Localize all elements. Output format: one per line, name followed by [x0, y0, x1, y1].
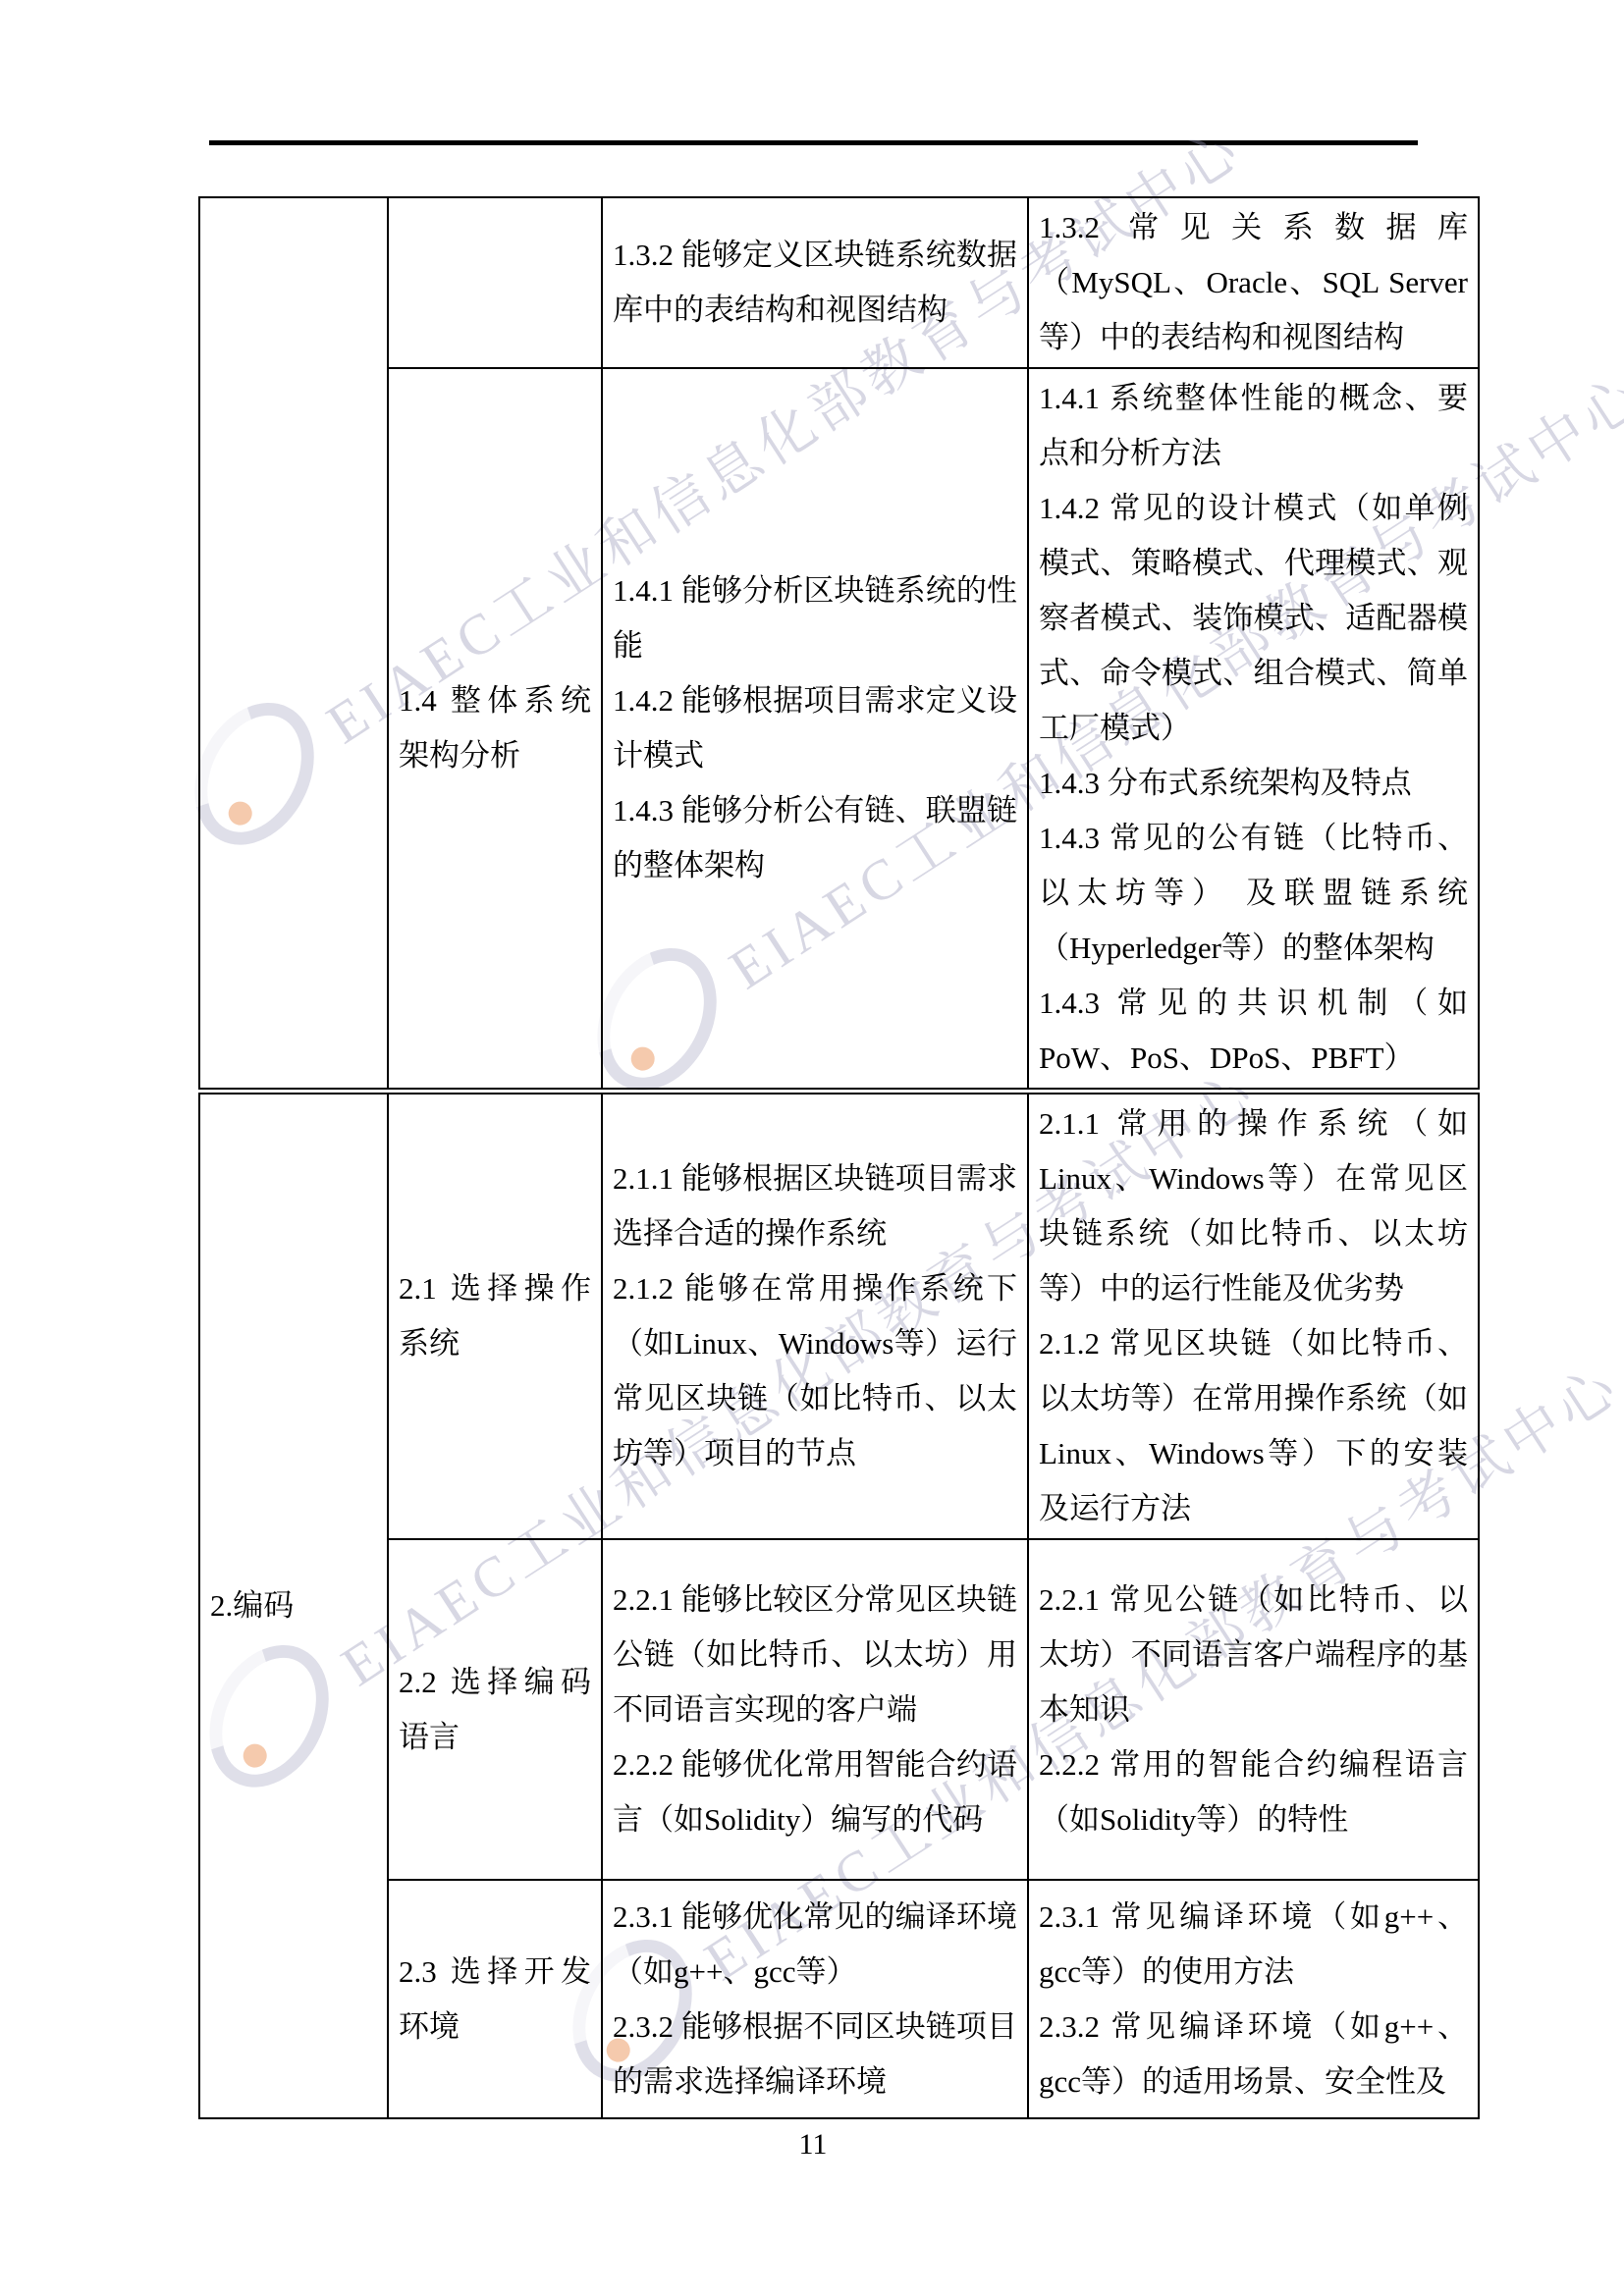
- table-row: 2.2 选择编码语言 2.2.1 能够比较区分常见区块链公链（如比特币、以太坊）…: [199, 1539, 1479, 1880]
- knowledge-requirements-cell: 1.4.1 系统整体性能的概念、要点和分析方法1.4.2 常见的设计模式（如单例…: [1028, 368, 1479, 1089]
- table-row: 1.3.2 能够定义区块链系统数据库中的表结构和视图结构 1.3.2 常见关系数…: [199, 197, 1479, 368]
- document-page: EIAEC工业和信息化部教育与考试中心 EIAEC工业和信息化部教育与考试中心 …: [0, 0, 1624, 2296]
- skill-requirements-cell: 2.2.1 能够比较区分常见区块链公链（如比特币、以太坊）用不同语言实现的客户端…: [602, 1539, 1028, 1880]
- knowledge-requirements-cell: 1.3.2 常见关系数据库（MySQL、Oracle、SQL Server等）中…: [1028, 197, 1479, 368]
- cell-text-item: 2.3.1 能够优化常见的编译环境（如g++、gcc等）: [613, 1890, 1017, 2000]
- cell-text-item: 2.3.2 常见编译环境（如g++、gcc等）的适用场景、安全性及: [1039, 2000, 1468, 2109]
- cell-text-item: 1.4.1 能够分析区块链系统的性能: [613, 563, 1017, 673]
- category-cell: [199, 197, 388, 1089]
- cell-text-item: 1.4.3 常见的公有链（比特币、以太坊等） 及联盟链系统（Hyperledge…: [1039, 811, 1468, 976]
- skill-requirements-cell: 1.3.2 能够定义区块链系统数据库中的表结构和视图结构: [602, 197, 1028, 368]
- cell-text-item: 2.2.1 能够比较区分常见区块链公链（如比特币、以太坊）用不同语言实现的客户端: [613, 1573, 1017, 1737]
- cell-text-item: 1.3.2 常见关系数据库（MySQL、Oracle、SQL Server等）中…: [1039, 200, 1468, 365]
- cell-text-item: 2.1.1 常用的操作系统（如Linux、Windows等）在常见区块链系统（如…: [1039, 1096, 1468, 1316]
- header-rule: [209, 140, 1418, 145]
- cell-text-item: 1.4.2 常见的设计模式（如单例模式、策略模式、代理模式、观察者模式、装饰模式…: [1039, 481, 1468, 756]
- sub-category-cell: [388, 197, 602, 368]
- cell-text-item: 1.4.1 系统整体性能的概念、要点和分析方法: [1039, 371, 1468, 481]
- cell-text-item: 2.1.2 常见区块链（如比特币、以太坊等）在常用操作系统（如Linux、Win…: [1039, 1316, 1468, 1536]
- sub-category-cell: 2.2 选择编码语言: [388, 1539, 602, 1880]
- knowledge-requirements-cell: 2.3.1 常见编译环境（如g++、gcc等）的使用方法2.3.2 常见编译环境…: [1028, 1880, 1479, 2118]
- knowledge-requirements-cell: 2.2.1 常见公链（如比特币、以太坊）不同语言客户端程序的基本知识2.2.2 …: [1028, 1539, 1479, 1880]
- cell-text-item: 2.3.1 常见编译环境（如g++、gcc等）的使用方法: [1039, 1890, 1468, 2000]
- cell-text-item: 2.2.2 常用的智能合约编程语言（如Solidity等）的特性: [1039, 1737, 1468, 1847]
- table-row: 2.编码 2.1 选择操作系统 2.1.1 能够根据区块链项目需求选择合适的操作…: [199, 1094, 1479, 1539]
- skill-requirements-cell: 2.3.1 能够优化常见的编译环境（如g++、gcc等）2.3.2 能够根据不同…: [602, 1880, 1028, 2118]
- cell-text-item: 1.4.3 分布式系统架构及特点: [1039, 756, 1468, 811]
- cell-text-item: 1.4.2 能够根据项目需求定义设计模式: [613, 673, 1017, 783]
- syllabus-table-section-2: 2.编码 2.1 选择操作系统 2.1.1 能够根据区块链项目需求选择合适的操作…: [198, 1093, 1480, 2119]
- table-row: 2.3 选择开发环境 2.3.1 能够优化常见的编译环境（如g++、gcc等）2…: [199, 1880, 1479, 2118]
- cell-text-item: 2.1.2 能够在常用操作系统下（如Linux、Windows等）运行常见区块链…: [613, 1261, 1017, 1481]
- page-number: 11: [776, 2128, 850, 2162]
- skill-requirements-cell: 1.4.1 能够分析区块链系统的性能1.4.2 能够根据项目需求定义设计模式1.…: [602, 368, 1028, 1089]
- sub-category-cell: 2.3 选择开发环境: [388, 1880, 602, 2118]
- category-cell: 2.编码: [199, 1094, 388, 2118]
- knowledge-requirements-cell: 2.1.1 常用的操作系统（如Linux、Windows等）在常见区块链系统（如…: [1028, 1094, 1479, 1539]
- cell-text-item: 2.2.2 能够优化常用智能合约语言（如Solidity）编写的代码: [613, 1737, 1017, 1847]
- cell-text-item: 2.2.1 常见公链（如比特币、以太坊）不同语言客户端程序的基本知识: [1039, 1573, 1468, 1737]
- cell-text-item: 2.1.1 能够根据区块链项目需求选择合适的操作系统: [613, 1151, 1017, 1261]
- skill-requirements-cell: 2.1.1 能够根据区块链项目需求选择合适的操作系统2.1.2 能够在常用操作系…: [602, 1094, 1028, 1539]
- cell-text-item: 1.3.2 能够定义区块链系统数据库中的表结构和视图结构: [613, 228, 1017, 338]
- sub-category-cell: 2.1 选择操作系统: [388, 1094, 602, 1539]
- sub-category-cell: 1.4 整体系统架构分析: [388, 368, 602, 1089]
- table-row: 1.4 整体系统架构分析 1.4.1 能够分析区块链系统的性能1.4.2 能够根…: [199, 368, 1479, 1089]
- cell-text-item: 2.3.2 能够根据不同区块链项目的需求选择编译环境: [613, 2000, 1017, 2109]
- syllabus-table-section-1: 1.3.2 能够定义区块链系统数据库中的表结构和视图结构 1.3.2 常见关系数…: [198, 196, 1480, 1090]
- cell-text-item: 1.4.3 能够分析公有链、联盟链的整体架构: [613, 783, 1017, 893]
- cell-text-item: 1.4.3 常见的共识机制（如PoW、PoS、DPoS、PBFT）: [1039, 976, 1468, 1086]
